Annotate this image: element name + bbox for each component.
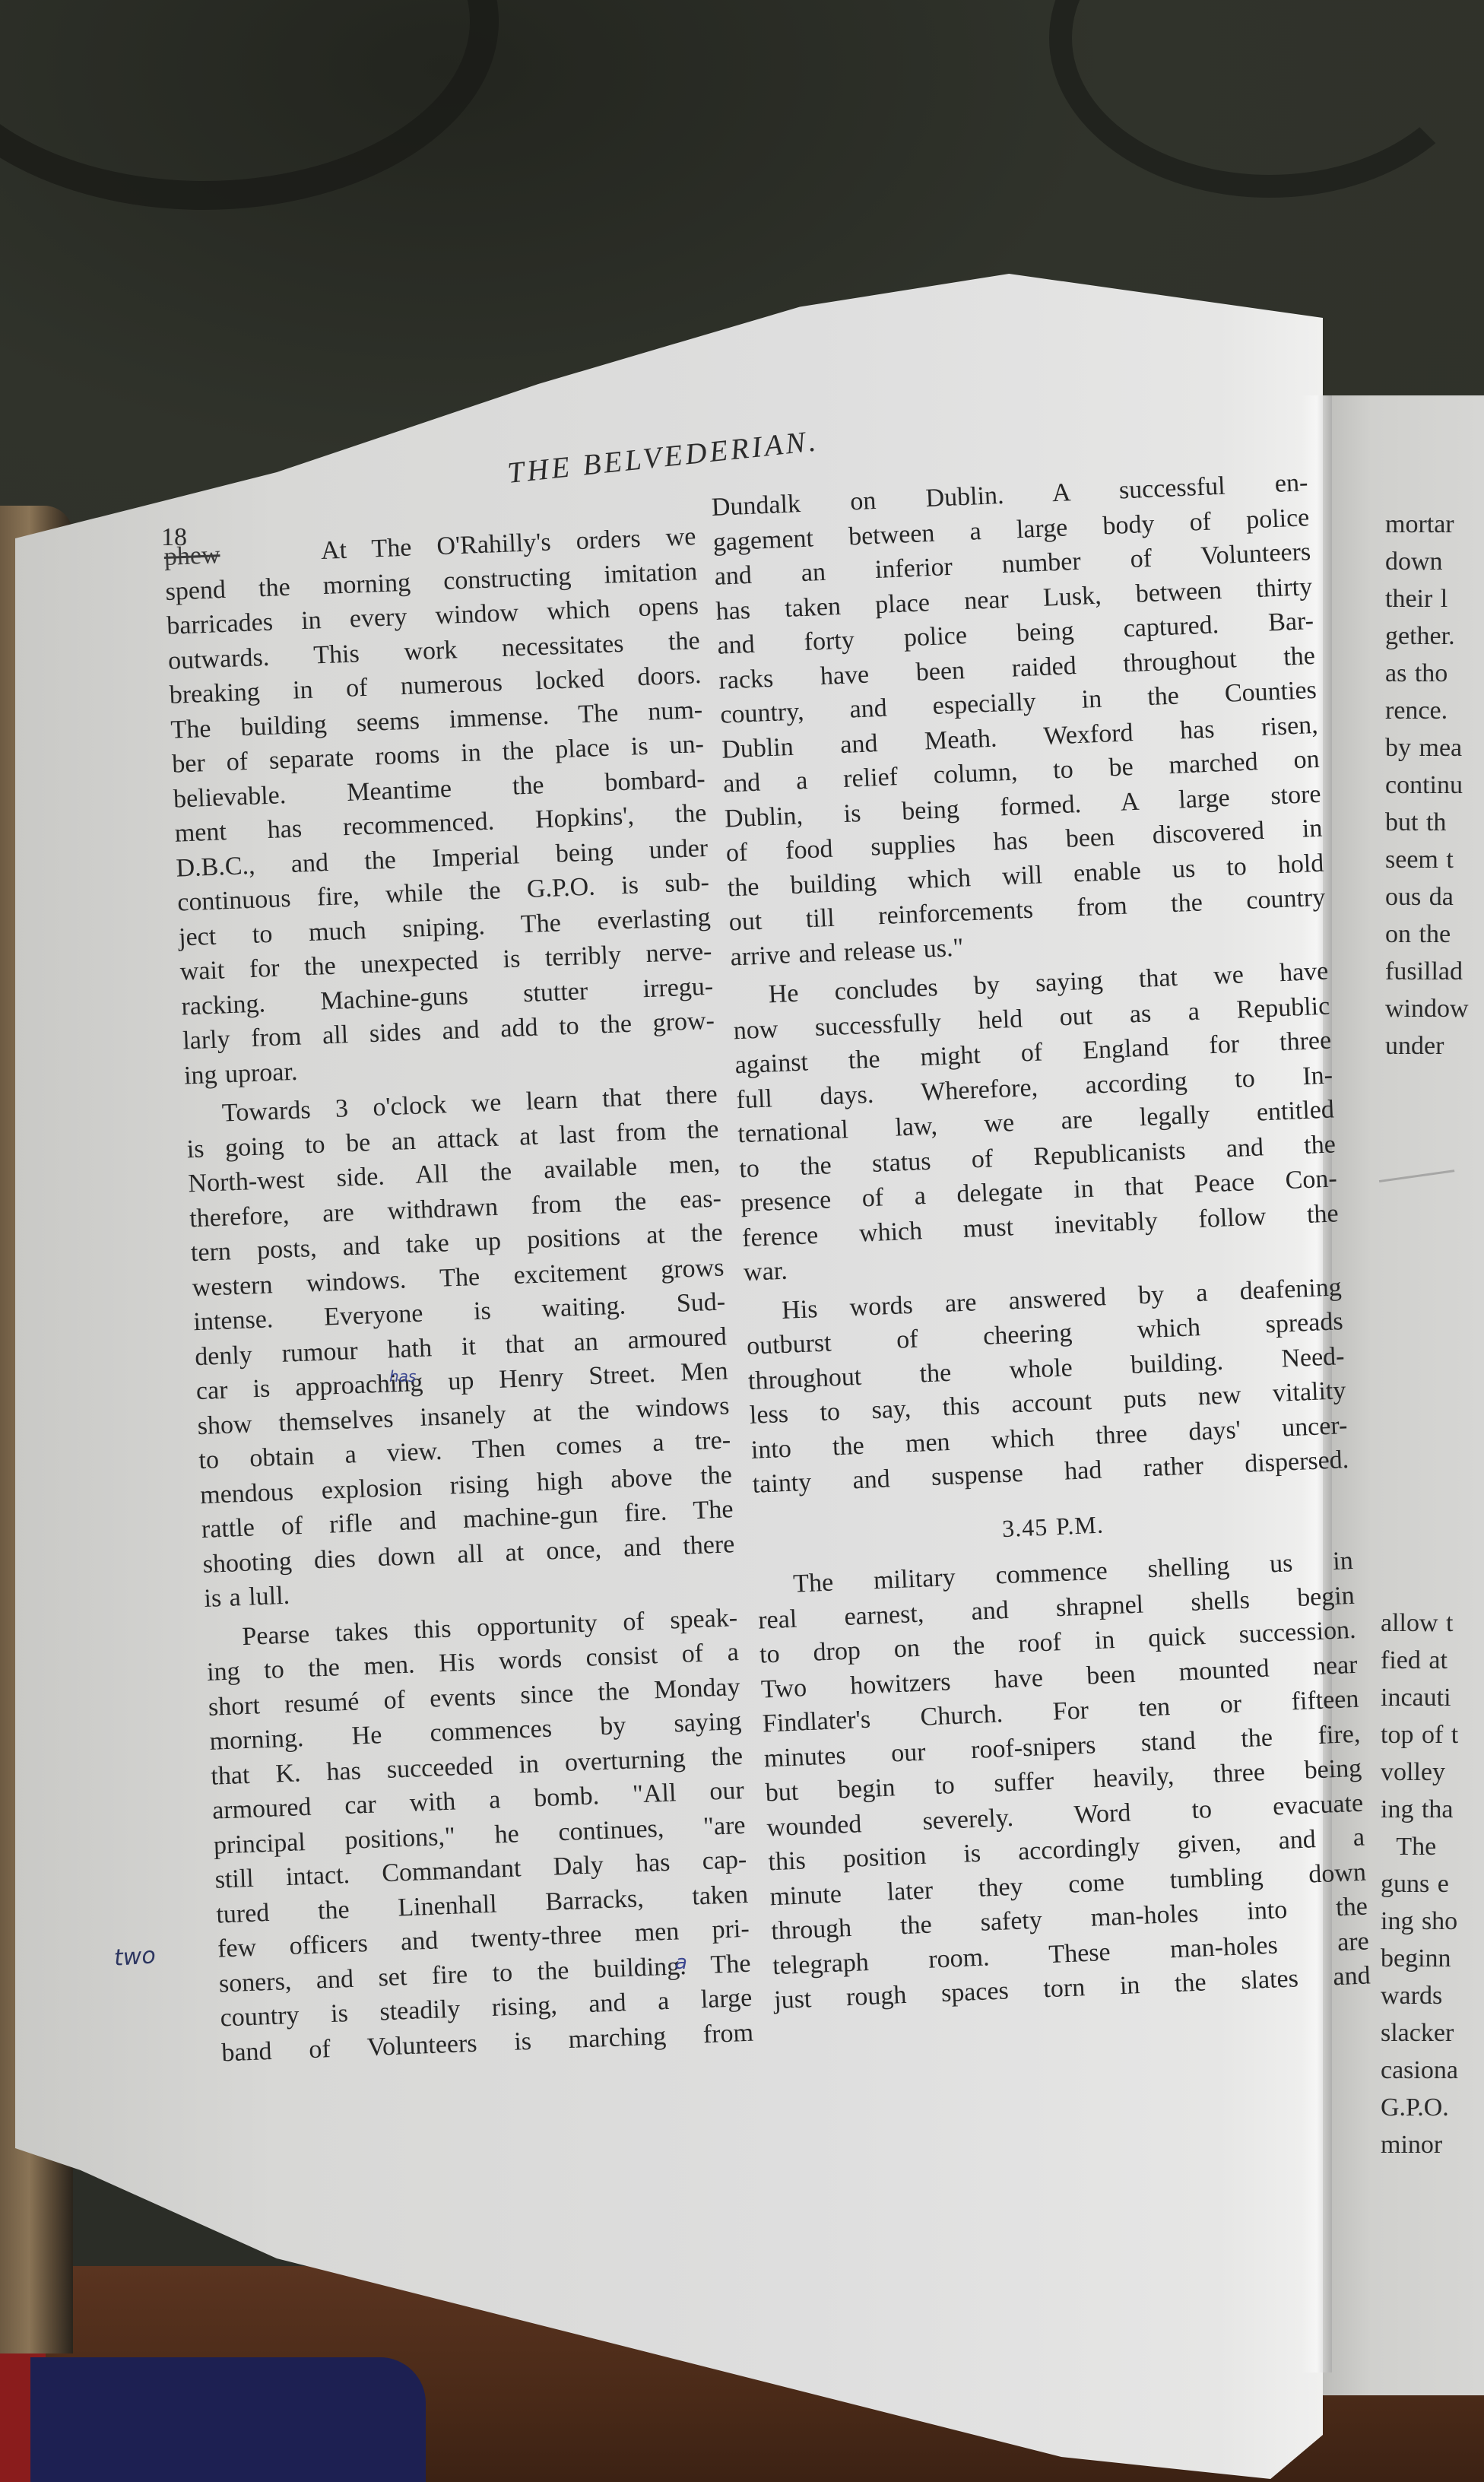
fragment-line: as tho [1385,655,1484,692]
fragment-line: ing tha [1381,1791,1484,1828]
fragment-line: by mea [1385,729,1484,766]
left-column: phew At The O'Rahilly's orders we spend … [163,519,754,2070]
blue-cloth [30,2357,426,2482]
fragment-line: guns e [1381,1865,1484,1903]
fragment-line: mortar [1385,506,1484,543]
fragment-line: wards [1381,1977,1484,2014]
fragment-line: down [1385,543,1484,580]
fragment-line: ing sho [1381,1903,1484,1940]
fragment-line: volley [1381,1754,1484,1791]
fragment-line: incauti [1381,1679,1484,1716]
fragment-line: continu [1385,766,1484,804]
fragment-line: ous da [1385,878,1484,916]
fragment-line: minor [1381,2126,1484,2163]
handwritten-inserted-letter: a [675,1951,687,1974]
fragment-line: The [1381,1828,1484,1865]
fragment-line: G.P.O. [1381,2089,1484,2126]
fragment-line: fied at [1381,1642,1484,1679]
fragment-line: but th [1385,804,1484,841]
fragment-line: on the [1385,916,1484,953]
fragment-line: under [1385,1027,1484,1065]
right-page-lower-fragments: allow t fied at incauti top of t volley … [1381,1604,1484,2163]
fragment-line: top of t [1381,1716,1484,1754]
fragment-line: slacker [1381,2014,1484,2052]
struck-word: phew [163,541,220,571]
center-column: Dundalk on Dublin. A successful en- gage… [711,465,1371,2018]
fragment-line: allow t [1381,1604,1484,1642]
fragment-line: window [1385,990,1484,1027]
handwritten-margin-correction: two [113,1942,157,1972]
fragment-line: gether. [1385,617,1484,655]
right-page-upper-fragments: mortar down their l gether. as tho rence… [1385,506,1484,1065]
fragment-line: their l [1385,580,1484,617]
fragment-line: casiona [1381,2052,1484,2089]
fragment-line: beginn [1381,1940,1484,1977]
fragment-line: fusillad [1385,953,1484,990]
fragment-line: rence. [1385,692,1484,729]
handwritten-interlinear-correction: has [389,1367,416,1385]
fragment-line: seem t [1385,841,1484,878]
